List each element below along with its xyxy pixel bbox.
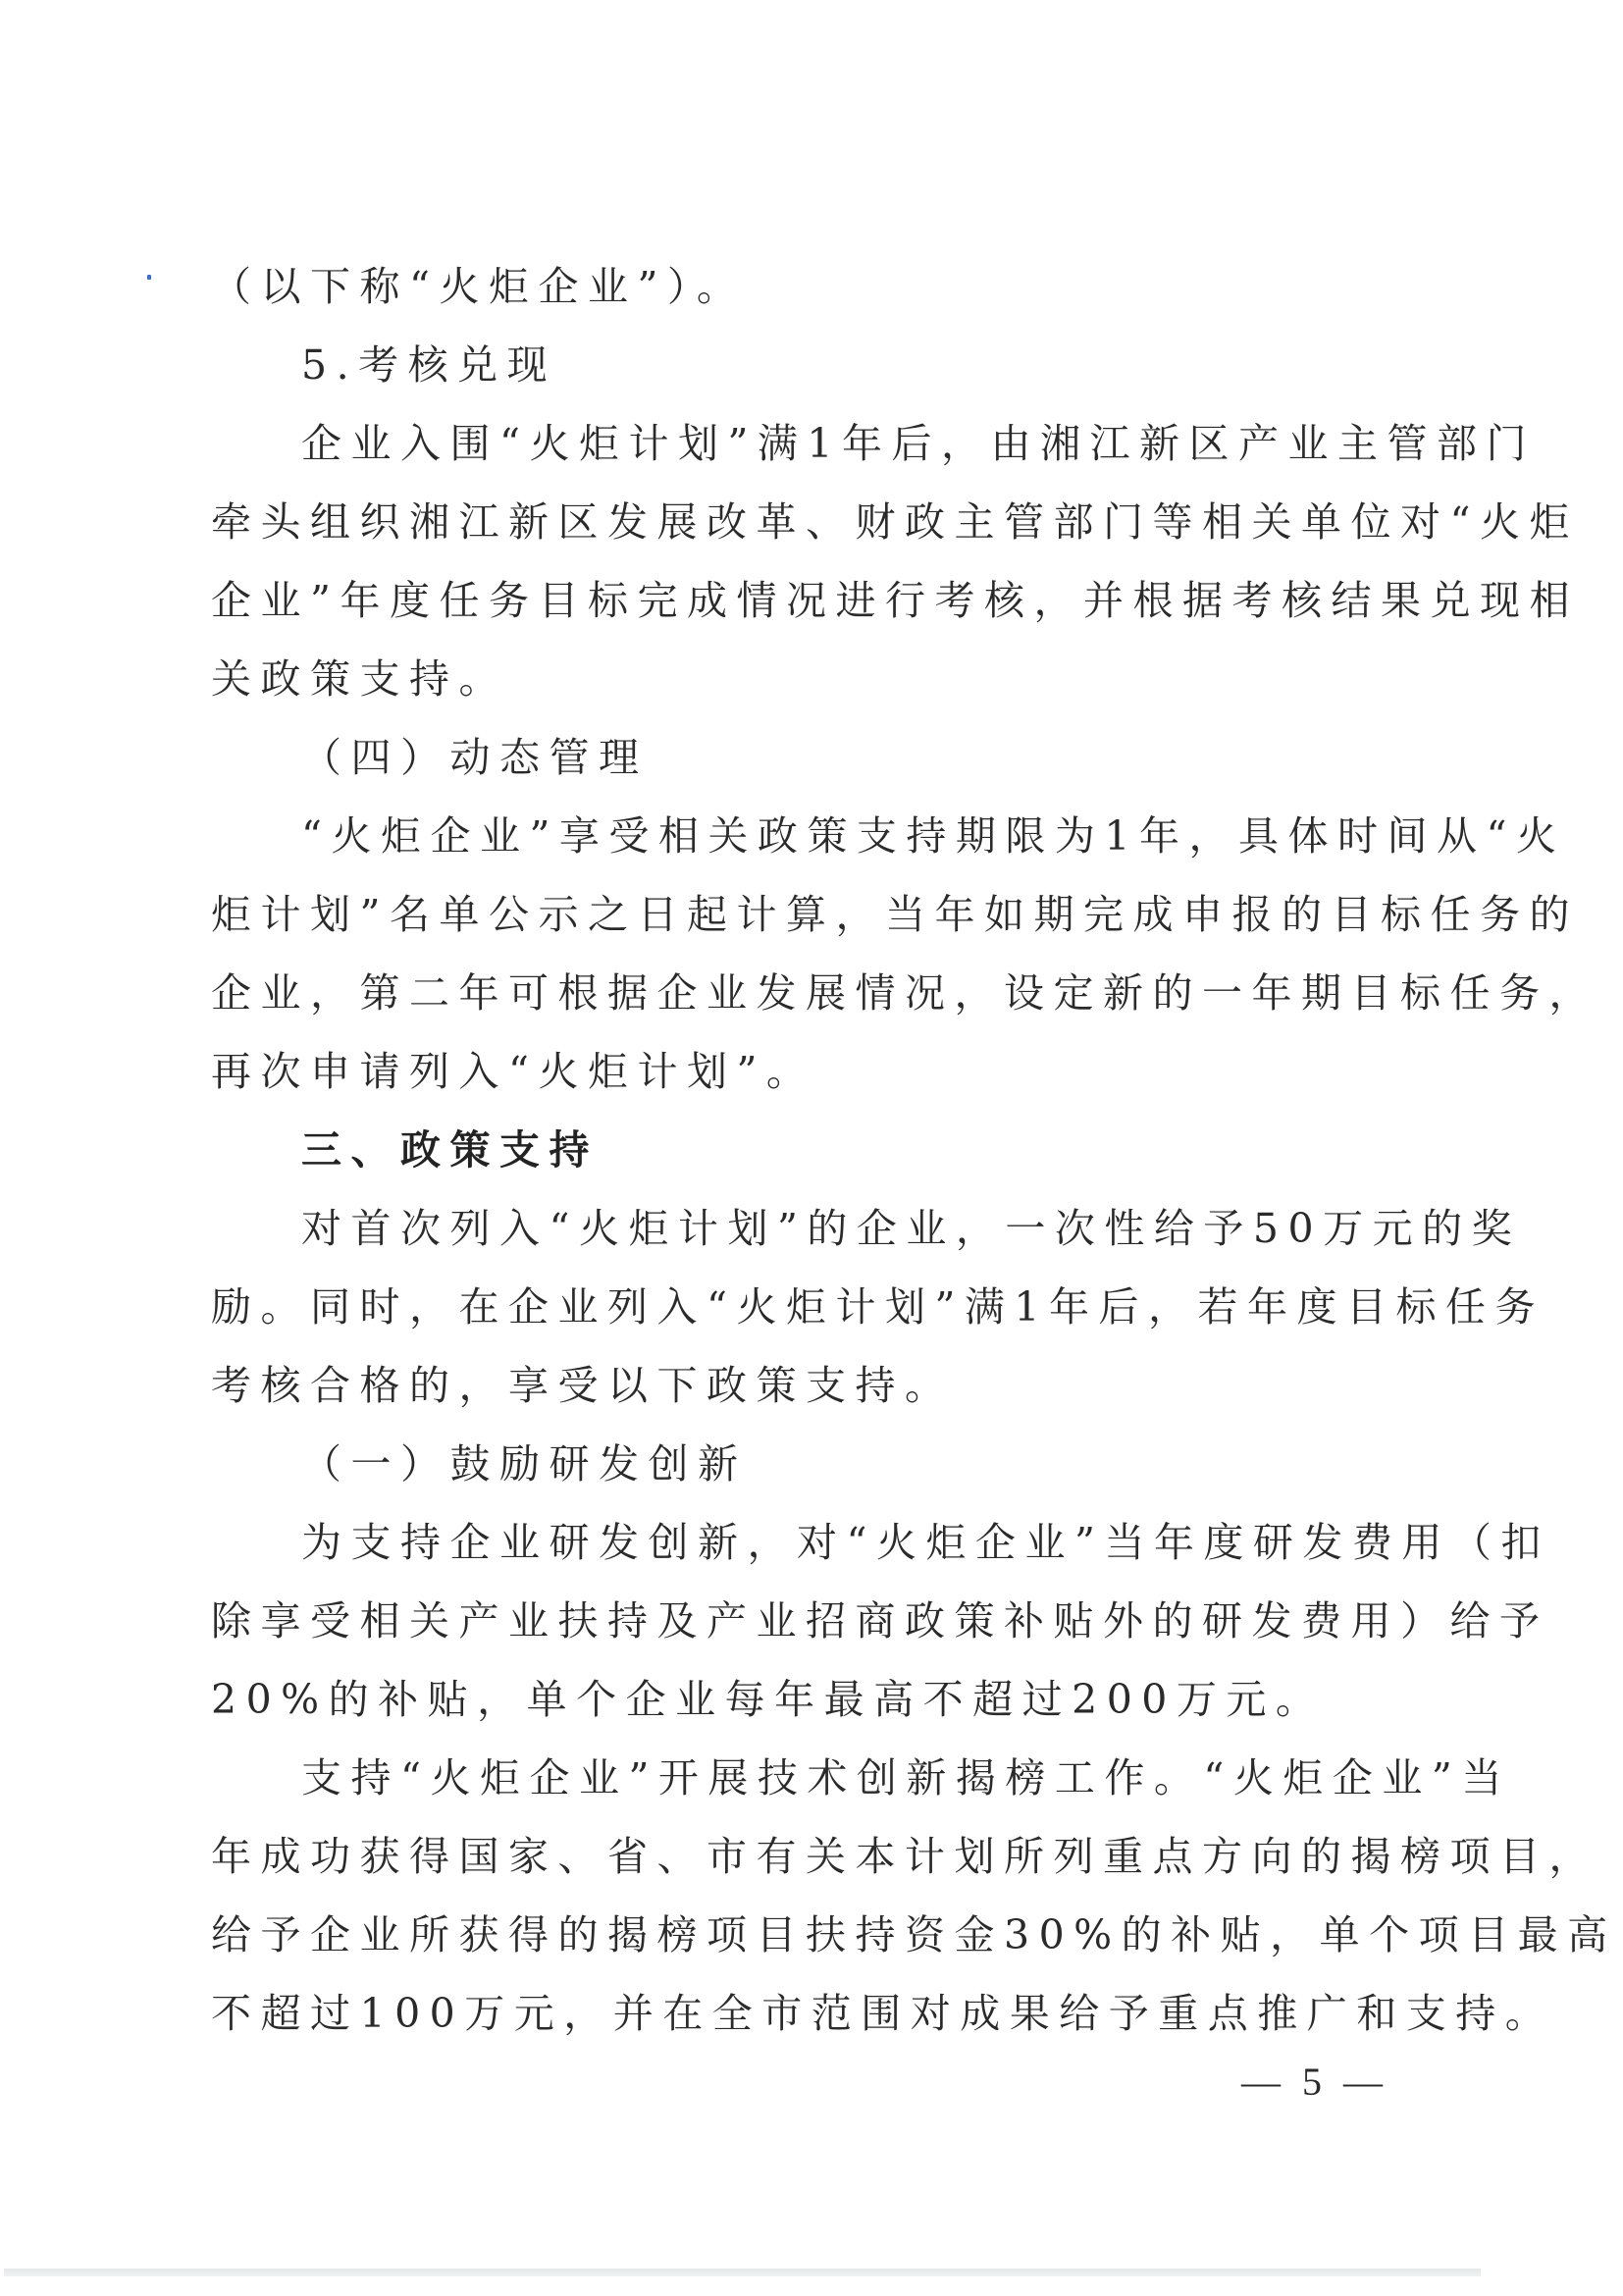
subheading-encourage-rd: （一）鼓励研发创新 — [211, 1425, 1416, 1503]
paragraph-line: 20%的补贴，单个企业每年最高不超过200万元。 — [211, 1660, 1416, 1739]
paragraph-line: 再次申请列入“火炬计划”。 — [211, 1032, 1416, 1111]
paragraph-line: 励。同时，在企业列入“火炬计划”满1年后，若年度目标任务 — [211, 1268, 1416, 1346]
page-number: — 5 — — [1241, 2059, 1388, 2105]
section-heading-policy-support: 三、政策支持 — [211, 1111, 1416, 1189]
scan-artifact-dot — [147, 275, 151, 280]
paragraph-line: 企业入围“火炬计划”满1年后，由湘江新区产业主管部门 — [211, 404, 1416, 483]
paragraph-line: 牵头组织湘江新区发展改革、财政主管部门等相关单位对“火炬 — [211, 483, 1416, 561]
paragraph-line: 对首次列入“火炬计划”的企业，一次性给予50万元的奖 — [211, 1189, 1416, 1268]
paragraph-line: 炬计划”名单公示之日起计算，当年如期完成申报的目标任务的 — [211, 875, 1416, 954]
subheading-dynamic-management: （四）动态管理 — [211, 718, 1416, 797]
paragraph-line: 为支持企业研发创新，对“火炬企业”当年度研发费用（扣 — [211, 1503, 1416, 1582]
paragraph-line: 企业”年度任务目标完成情况进行考核，并根据考核结果兑现相 — [211, 561, 1416, 640]
paragraph-line: 给予企业所获得的揭榜项目扶持资金30%的补贴，单个项目最高 — [211, 1896, 1416, 1974]
paragraph-line: 企业，第二年可根据企业发展情况，设定新的一年期目标任务， — [211, 954, 1416, 1032]
paragraph-line: 年成功获得国家、省、市有关本计划所列重点方向的揭榜项目， — [211, 1817, 1416, 1896]
paragraph-line: 支持“火炬企业”开展技术创新揭榜工作。“火炬企业”当 — [211, 1739, 1416, 1817]
paragraph-line: 考核合格的，享受以下政策支持。 — [211, 1346, 1416, 1425]
paragraph-line: 除享受相关产业扶持及产业招商政策补贴外的研发费用）给予 — [211, 1582, 1416, 1660]
paragraph-line: “火炬企业”享受相关政策支持期限为1年，具体时间从“火 — [211, 797, 1416, 875]
document-body: （以下称“火炬企业”）。 5.考核兑现 企业入围“火炬计划”满1年后，由湘江新区… — [211, 247, 1416, 2053]
scan-edge-line — [4, 2269, 1481, 2276]
paragraph-line: 关政策支持。 — [211, 640, 1416, 718]
paragraph-line: 不超过100万元，并在全市范围对成果给予重点推广和支持。 — [211, 1974, 1416, 2053]
continuation-line: （以下称“火炬企业”）。 — [211, 247, 1416, 326]
document-page: （以下称“火炬企业”）。 5.考核兑现 企业入围“火炬计划”满1年后，由湘江新区… — [0, 0, 1623, 2296]
subheading-assessment: 5.考核兑现 — [211, 326, 1416, 404]
